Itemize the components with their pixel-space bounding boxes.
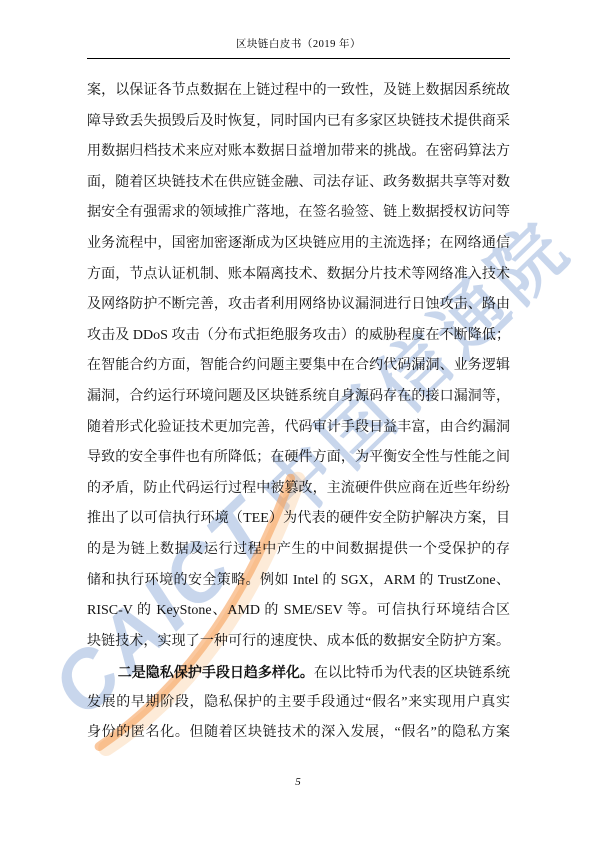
body-line: 导致的安全事件也有所降低；在硬件方面，为平衡安全性与性能之间 (87, 443, 510, 474)
body-line: 随着形式化验证技术更加完善，代码审计手段日益丰富，由合约漏洞 (87, 413, 510, 444)
document-page: CAICT 中国信通院 区块链白皮书（2019 年） 案，以保证各节点数据在上链… (0, 0, 596, 842)
body-line: 及网络防护不断完善，攻击者利用网络协议漏洞进行日蚀攻击、路由 (87, 290, 510, 321)
body-line-bold-lead: 二是隐私保护手段日趋多样化。 (118, 664, 314, 680)
body-line: 在智能合约方面，智能合约问题主要集中在合约代码漏洞、业务逻辑 (87, 351, 510, 382)
body-line: 块链技术，实现了一种可行的速度快、成本低的数据安全防护方案。 (87, 627, 510, 658)
body-line: 的是为链上数据及运行过程中产生的中间数据提供一个受保护的存 (87, 535, 510, 566)
body-line: 方面，节点认证机制、账本隔离技术、数据分片技术等网络准入技术 (87, 260, 510, 291)
document-body: 案，以保证各节点数据在上链过程中的一致性，及链上数据因系统故障导致丢失损毁后及时… (87, 76, 510, 749)
body-line: 障导致丢失损毁后及时恢复，同时国内已有多家区块链技术提供商采 (87, 107, 510, 138)
body-line: 推出了以可信执行环境（TEE）为代表的硬件安全防护解决方案，目 (87, 504, 510, 535)
body-line: 漏洞，合约运行环境问题及区块链系统自身源码存在的接口漏洞等， (87, 382, 510, 413)
page-header: 区块链白皮书（2019 年） (87, 36, 510, 59)
body-line: 攻击及 DDoS 攻击（分布式拒绝服务攻击）的威胁程度在不断降低； (87, 321, 510, 352)
body-line: RISC-V 的 KeyStone、AMD 的 SME/SEV 等。可信执行环境… (87, 596, 510, 627)
body-line: 面，随着区块链技术在供应链金融、司法存证、政务数据共享等对数 (87, 168, 510, 199)
body-line: 发展的早期阶段，隐私保护的主要手段通过“假名”来实现用户真实 (87, 688, 510, 719)
page-number: 5 (0, 776, 596, 788)
body-line: 的矛盾，防止代码运行过程中被篡改，主流硬件供应商在近些年纷纷 (87, 474, 510, 505)
body-line: 储和执行环境的安全策略。例如 Intel 的 SGX，ARM 的 TrustZo… (87, 566, 510, 597)
page-header-title: 区块链白皮书（2019 年） (236, 39, 361, 50)
body-line: 案，以保证各节点数据在上链过程中的一致性，及链上数据因系统故 (87, 76, 510, 107)
body-line: 据安全有强需求的领域推广落地，在签名验签、链上数据授权访问等 (87, 198, 510, 229)
body-line: 二是隐私保护手段日趋多样化。在以比特币为代表的区块链系统 (87, 657, 510, 688)
body-line: 业务流程中，国密加密逐渐成为区块链应用的主流选择；在网络通信 (87, 229, 510, 260)
body-line: 用数据归档技术来应对账本数据日益增加带来的挑战。在密码算法方 (87, 137, 510, 168)
body-line: 身份的匿名化。但随着区块链技术的深入发展，“假名”的隐私方案 (87, 718, 510, 749)
